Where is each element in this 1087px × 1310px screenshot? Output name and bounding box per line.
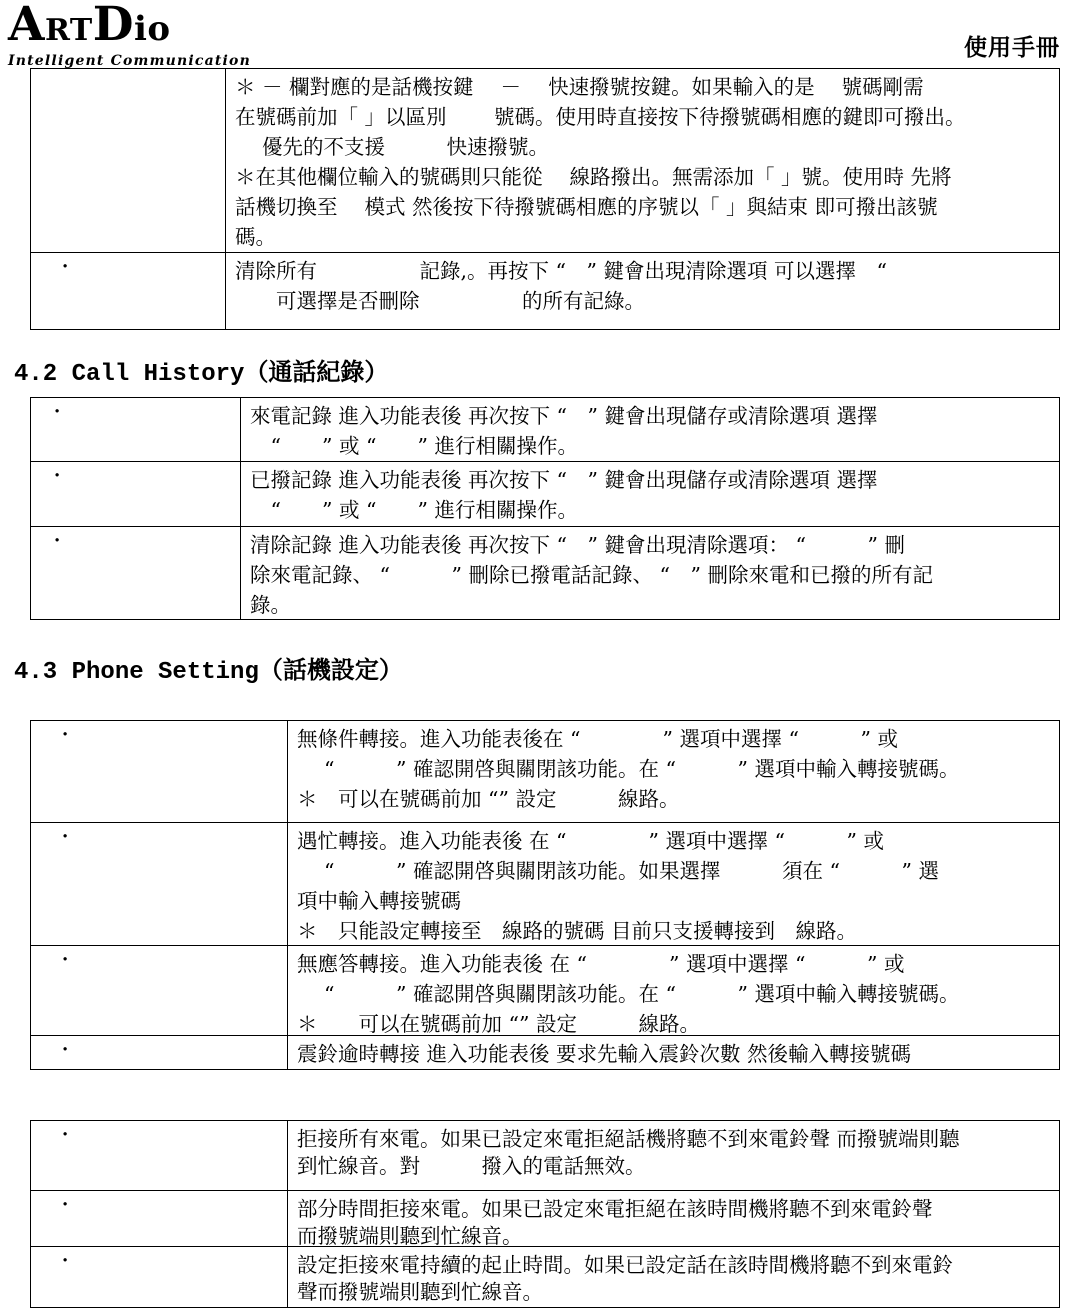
row-bullet: ·	[61, 721, 69, 750]
description-cell: 震鈴逾時轉接 進入功能表後 要求先輸入震鈴次數 然後輸入轉接號碼	[288, 1036, 1059, 1069]
row-bullet: ·	[61, 823, 69, 852]
bullet-cell: ·	[31, 1036, 288, 1069]
logo-letter: D	[93, 0, 134, 52]
row-text: 已撥記錄 進入功能表後 再次按下 “ ” 鍵會出現儲存或清除選項 選擇 “ ” …	[250, 468, 878, 522]
table-row: · 遇忙轉接。進入功能表後 在 “ ” 選項中選擇 “ ” 或 “ ” 確認開啓…	[31, 823, 1059, 946]
row-bullet: ·	[53, 398, 61, 427]
row-bullet: ·	[61, 946, 69, 975]
table-row: · 拒接所有來電。如果已設定來電拒絕話機將聽不到來電鈴聲 而撥號端則聽 到忙線音…	[31, 1121, 1059, 1191]
artdio-logo: ARTDio Intelligent Communication	[8, 2, 251, 69]
bullet-cell: ·	[31, 1191, 288, 1246]
description-cell: 拒接所有來電。如果已設定來電拒絕話機將聽不到來電鈴聲 而撥號端則聽 到忙線音。對…	[288, 1121, 1059, 1190]
table-row: · 部分時間拒接來電。如果已設定來電拒絕在該時間機將聽不到來電鈴聲 而撥號端則聽…	[31, 1191, 1059, 1247]
description-cell: 已撥記錄 進入功能表後 再次按下 “ ” 鍵會出現儲存或清除選項 選擇 “ ” …	[241, 462, 1059, 526]
logo-letter: io	[134, 9, 171, 49]
table-row: · 設定拒接來電持續的起止時間。如果已設定話在該時間機將聽不到來電鈴 聲而撥號端…	[31, 1247, 1059, 1307]
row-bullet: ·	[61, 1191, 69, 1220]
description-cell: 設定拒接來電持續的起止時間。如果已設定話在該時間機將聽不到來電鈴 聲而撥號端則聽…	[288, 1247, 1059, 1307]
description-cell: 遇忙轉接。進入功能表後 在 “ ” 選項中選擇 “ ” 或 “ ” 確認開啓與關…	[288, 823, 1059, 945]
row-text: 清除所有 記錄,。再按下 “ ” 鍵會出現清除選項 可以選擇 “ 可選擇是否刪除…	[235, 259, 887, 313]
description-cell: 無條件轉接。進入功能表後在 “ ” 選項中選擇 “ ” 或 “ ” 確認開啓與關…	[288, 721, 1059, 822]
table-row: · 無應答轉接。進入功能表後 在 “ ” 選項中選擇 “ ” 或 “ ” 確認開…	[31, 946, 1059, 1036]
bullet-cell: ·	[31, 823, 288, 945]
row-text: 遇忙轉接。進入功能表後 在 “ ” 選項中選擇 “ ” 或 “ ” 確認開啓與關…	[297, 829, 939, 943]
description-cell: ＊ － 欄對應的是話機按鍵 － 快速撥號按鍵。如果輸入的是 號碼剛需 在號碼前加…	[226, 69, 1059, 252]
row-text: 無條件轉接。進入功能表後在 “ ” 選項中選擇 “ ” 或 “ ” 確認開啓與關…	[297, 727, 960, 811]
row-text: 來電記錄 進入功能表後 再次按下 “ ” 鍵會出現儲存或清除選項 選擇 “ ” …	[250, 404, 878, 458]
row-text: ＊ － 欄對應的是話機按鍵 － 快速撥號按鍵。如果輸入的是 號碼剛需 在號碼前加…	[235, 75, 966, 249]
row-text: 無應答轉接。進入功能表後 在 “ ” 選項中選擇 “ ” 或 “ ” 確認開啓與…	[297, 952, 960, 1035]
row-bullet: ·	[53, 527, 61, 556]
logo-letter: RT	[45, 13, 93, 48]
table-row: · 無條件轉接。進入功能表後在 “ ” 選項中選擇 “ ” 或 “ ” 確認開啓…	[31, 721, 1059, 823]
bullet-cell: ·	[31, 946, 288, 1035]
bullet-cell: ·	[31, 1121, 288, 1190]
row-bullet: ·	[61, 1121, 69, 1150]
table-row: · 來電記錄 進入功能表後 再次按下 “ ” 鍵會出現儲存或清除選項 選擇 “ …	[31, 398, 1059, 462]
logo-tagline: Intelligent Communication	[8, 53, 251, 69]
logo-wordmark: ARTDio	[8, 2, 251, 58]
row-text: 設定拒接來電持續的起止時間。如果已設定話在該時間機將聽不到來電鈴 聲而撥號端則聽…	[297, 1253, 953, 1304]
row-text: 拒接所有來電。如果已設定來電拒絕話機將聽不到來電鈴聲 而撥號端則聽 到忙線音。對…	[297, 1127, 960, 1178]
document-title: 使用手冊	[964, 29, 1060, 62]
bullet-cell	[31, 69, 226, 252]
section-4-3-heading: 4.3 Phone Setting（話機設定）	[14, 650, 403, 686]
call-reject-table: · 拒接所有來電。如果已設定來電拒絕話機將聽不到來電鈴聲 而撥號端則聽 到忙線音…	[30, 1120, 1060, 1308]
bullet-cell: ·	[31, 527, 241, 619]
row-text: 清除記錄 進入功能表後 再次按下 “ ” 鍵會出現清除選項： “ ” 刪 除來電…	[250, 533, 933, 617]
row-bullet: ·	[61, 253, 69, 282]
table-row: · 已撥記錄 進入功能表後 再次按下 “ ” 鍵會出現儲存或清除選項 選擇 “ …	[31, 462, 1059, 527]
description-cell: 清除記錄 進入功能表後 再次按下 “ ” 鍵會出現清除選項： “ ” 刪 除來電…	[241, 527, 1059, 619]
row-text: 震鈴逾時轉接 進入功能表後 要求先輸入震鈴次數 然後輸入轉接號碼	[297, 1042, 911, 1066]
bullet-cell: ·	[31, 462, 241, 526]
speed-dial-notes-table: ＊ － 欄對應的是話機按鍵 － 快速撥號按鍵。如果輸入的是 號碼剛需 在號碼前加…	[30, 68, 1060, 330]
section-4-2-heading: 4.2 Call History（通話紀錄）	[14, 352, 388, 388]
bullet-cell: ·	[31, 1247, 288, 1307]
bullet-cell: ·	[31, 398, 241, 461]
table-row: ＊ － 欄對應的是話機按鍵 － 快速撥號按鍵。如果輸入的是 號碼剛需 在號碼前加…	[31, 69, 1059, 253]
description-cell: 來電記錄 進入功能表後 再次按下 “ ” 鍵會出現儲存或清除選項 選擇 “ ” …	[241, 398, 1059, 461]
row-text: 部分時間拒接來電。如果已設定來電拒絕在該時間機將聽不到來電鈴聲 而撥號端則聽到忙…	[297, 1197, 933, 1246]
row-bullet: ·	[53, 462, 61, 491]
description-cell: 無應答轉接。進入功能表後 在 “ ” 選項中選擇 “ ” 或 “ ” 確認開啓與…	[288, 946, 1059, 1035]
phone-setting-table: · 無條件轉接。進入功能表後在 “ ” 選項中選擇 “ ” 或 “ ” 確認開啓…	[30, 720, 1060, 1070]
manual-page: ARTDio Intelligent Communication 使用手冊 ＊ …	[0, 0, 1087, 1310]
description-cell: 部分時間拒接來電。如果已設定來電拒絕在該時間機將聽不到來電鈴聲 而撥號端則聽到忙…	[288, 1191, 1059, 1246]
bullet-cell: ·	[31, 721, 288, 822]
table-row: · 震鈴逾時轉接 進入功能表後 要求先輸入震鈴次數 然後輸入轉接號碼	[31, 1036, 1059, 1069]
description-cell: 清除所有 記錄,。再按下 “ ” 鍵會出現清除選項 可以選擇 “ 可選擇是否刪除…	[226, 253, 1059, 329]
logo-letter: A	[8, 0, 45, 52]
row-bullet: ·	[61, 1247, 69, 1276]
table-row: · 清除記錄 進入功能表後 再次按下 “ ” 鍵會出現清除選項： “ ” 刪 除…	[31, 527, 1059, 619]
bullet-cell: ·	[31, 253, 226, 329]
call-history-table: · 來電記錄 進入功能表後 再次按下 “ ” 鍵會出現儲存或清除選項 選擇 “ …	[30, 397, 1060, 620]
row-bullet: ·	[61, 1036, 69, 1065]
table-row: · 清除所有 記錄,。再按下 “ ” 鍵會出現清除選項 可以選擇 “ 可選擇是否…	[31, 253, 1059, 329]
